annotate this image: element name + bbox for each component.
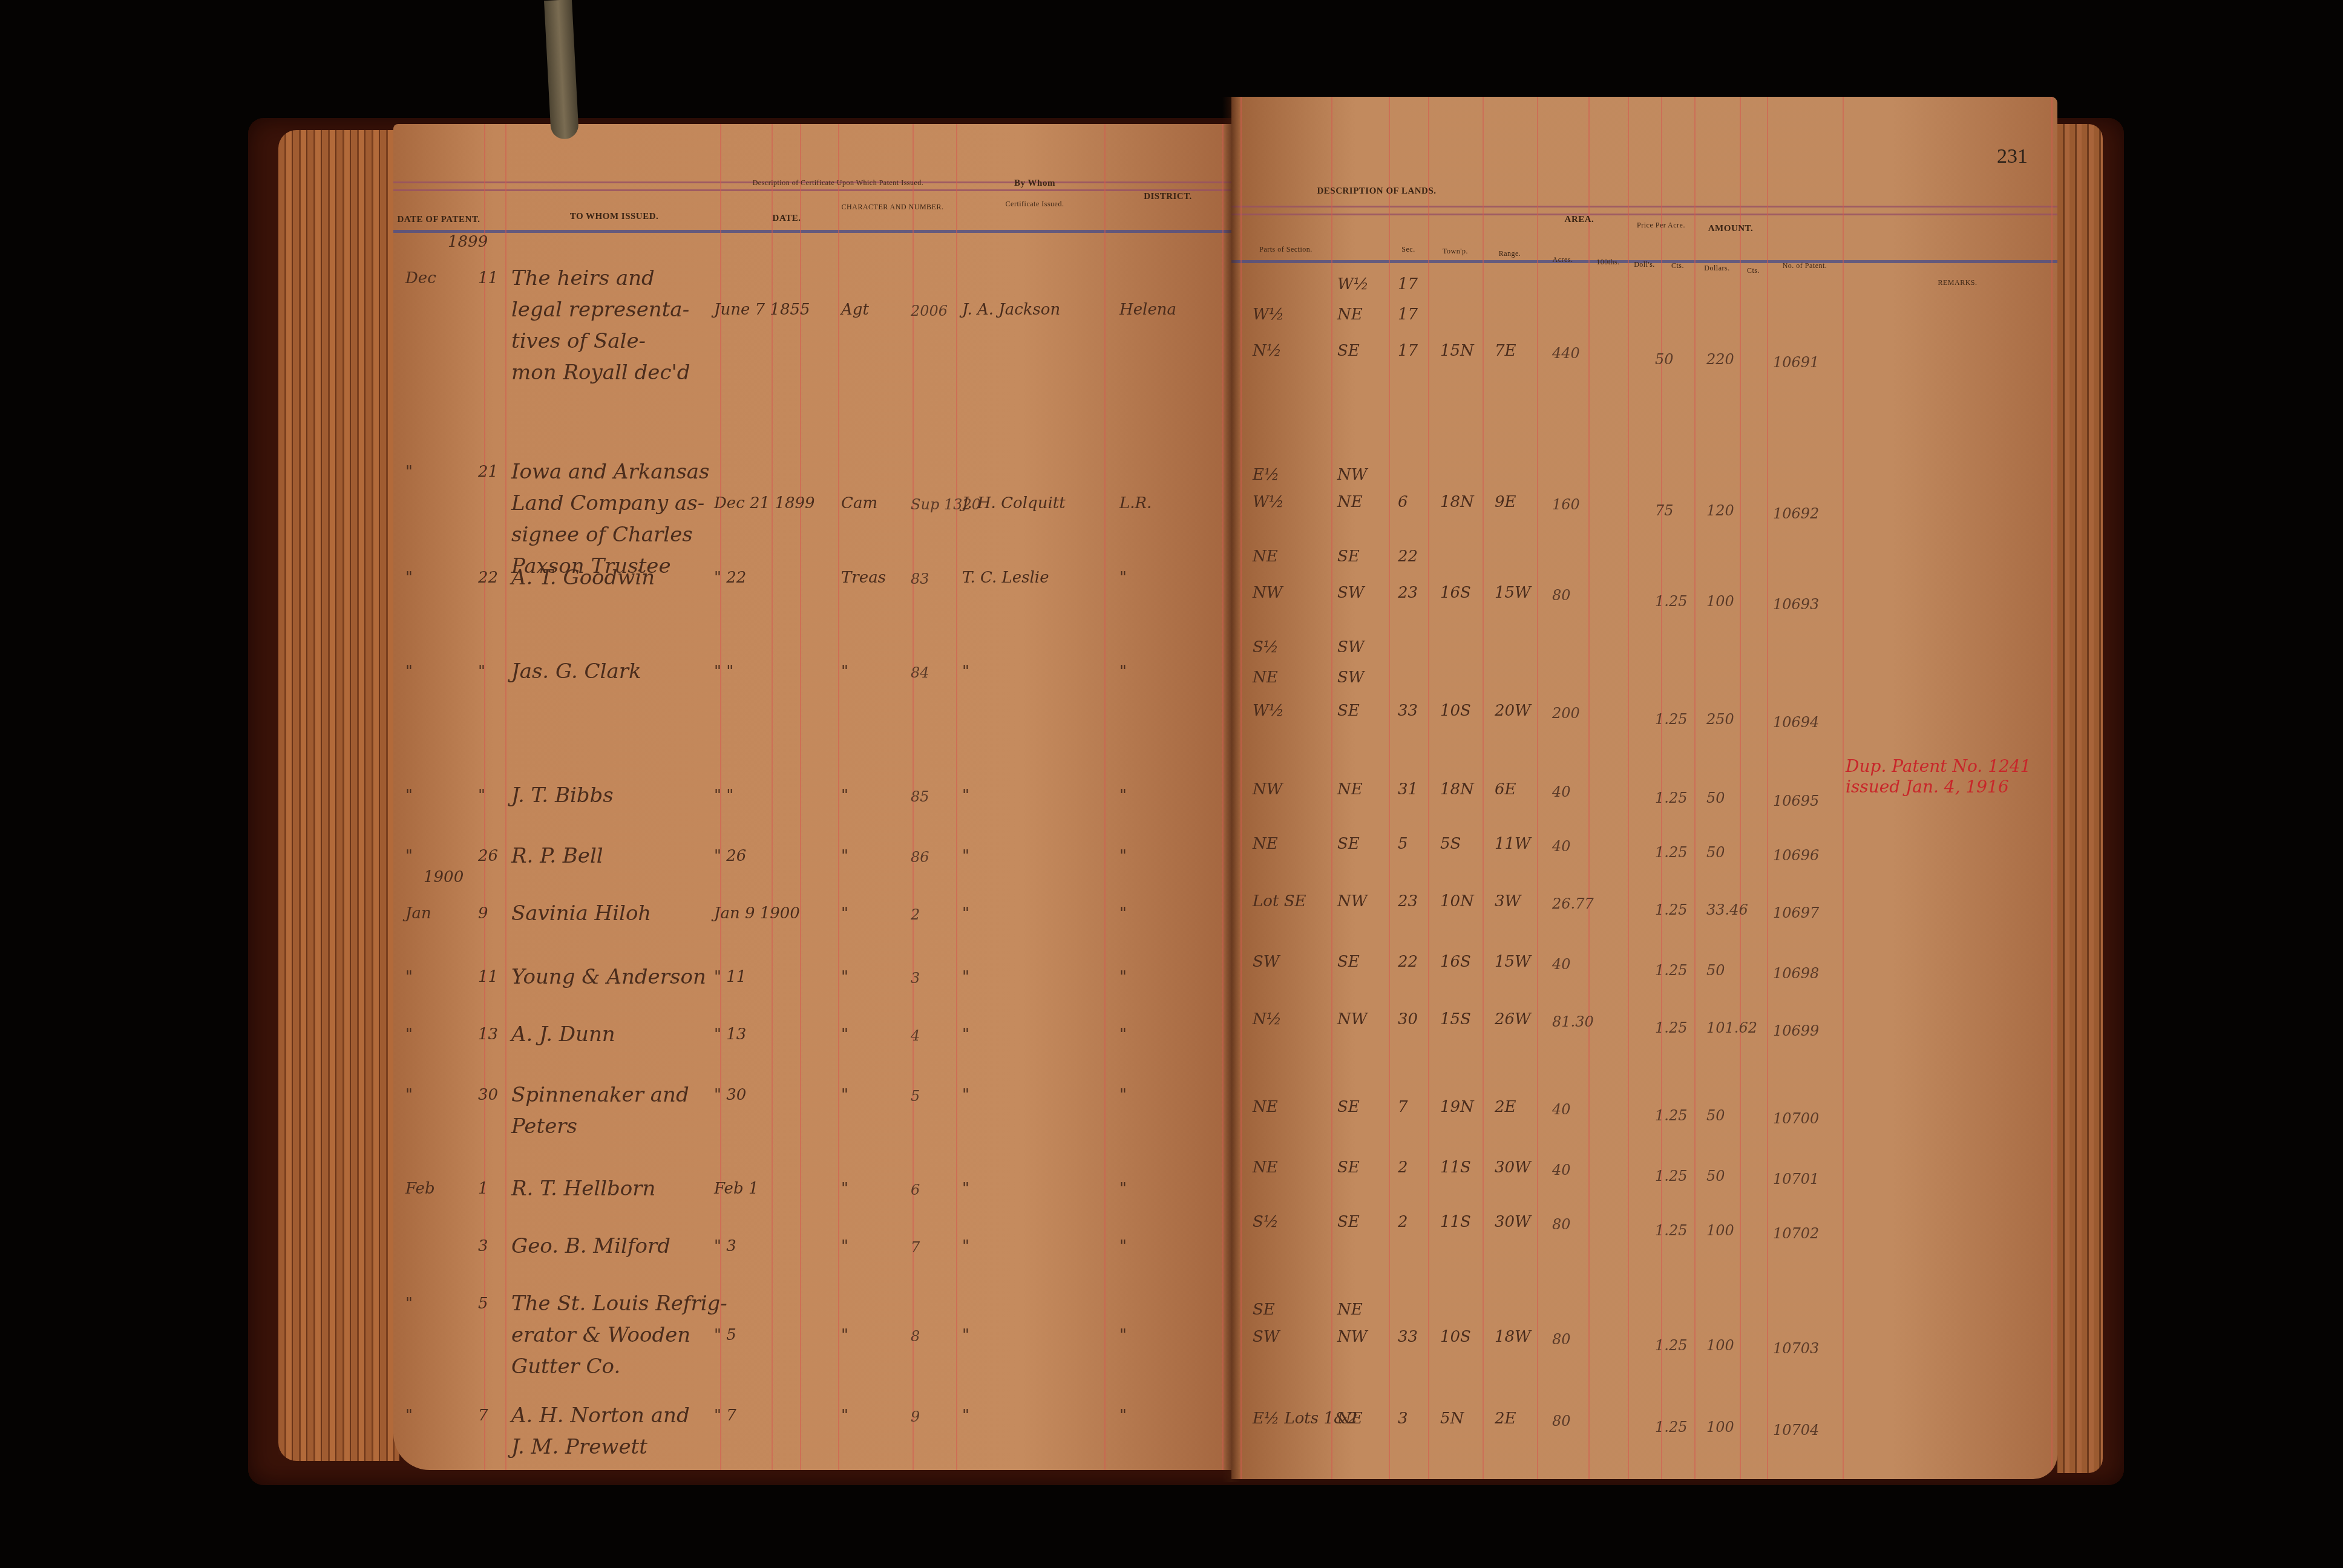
entry-day: 22 <box>478 569 498 587</box>
land-price: 1.25 <box>1655 1019 1687 1036</box>
land-amount: 50 <box>1706 1168 1725 1184</box>
entry-cert-char: " <box>841 904 848 923</box>
land-patent-no: 10694 <box>1773 714 1819 731</box>
year-note: 1899 <box>448 233 488 251</box>
land-acres: 26.77 <box>1552 895 1594 912</box>
land-price: 1.25 <box>1655 1222 1687 1239</box>
entry-day: 9 <box>478 904 488 923</box>
entry-name-line: A. J. Dunn <box>511 1022 615 1047</box>
land-quarter: SE <box>1337 702 1360 720</box>
land-amount: 120 <box>1706 502 1734 519</box>
land-acres: 80 <box>1552 1331 1571 1348</box>
land-part: NW <box>1253 780 1282 799</box>
entry-cert-no: 5 <box>911 1088 920 1105</box>
entry-cert-char: " <box>841 662 848 681</box>
entry-district: L.R. <box>1119 494 1152 512</box>
land-amount: 100 <box>1706 1337 1734 1354</box>
header-price-dolls: Doll's. <box>1628 260 1661 269</box>
land-price: 1.25 <box>1655 1107 1687 1124</box>
entry-cert-char: Cam <box>841 494 877 512</box>
land-acres: 80 <box>1552 587 1571 604</box>
entry-month: " <box>405 463 413 481</box>
land-price: 1.25 <box>1655 962 1687 979</box>
entry-name-line: R. T. Hellborn <box>511 1177 655 1201</box>
header-township: Town'p. <box>1428 247 1483 256</box>
entry-cert-date: " " <box>714 786 733 805</box>
land-quarter: SE <box>1337 1158 1360 1177</box>
header-description-of-lands: DESCRIPTION OF LANDS. <box>1292 186 1461 197</box>
land-acres: 80 <box>1552 1413 1571 1429</box>
entry-name-line: J. T. Bibbs <box>511 783 614 808</box>
entry-day: 5 <box>478 1295 488 1313</box>
land-quarter: W½ <box>1337 275 1369 293</box>
entry-name-line: The heirs and <box>511 266 655 290</box>
land-part: NE <box>1253 1098 1278 1116</box>
land-range: 18W <box>1495 1328 1531 1346</box>
land-sec: 33 <box>1398 702 1418 720</box>
remark-note: issued Jan. 4, 1916 <box>1846 777 2009 797</box>
land-quarter: NE <box>1337 1301 1363 1319</box>
land-acres: 80 <box>1552 1216 1571 1233</box>
land-range: 30W <box>1495 1213 1531 1231</box>
entry-cert-date: " 3 <box>714 1237 736 1255</box>
entry-cert-date: " 5 <box>714 1326 736 1344</box>
land-quarter: SW <box>1337 584 1365 602</box>
entry-month: " <box>405 968 413 986</box>
land-township: 10S <box>1440 702 1471 720</box>
land-acres: 40 <box>1552 956 1571 973</box>
land-sec: 5 <box>1398 835 1408 853</box>
land-township: 16S <box>1440 584 1471 602</box>
header-certificate-group: Description of Certificate Upon Which Pa… <box>714 178 962 188</box>
entry-month: " <box>405 1086 413 1104</box>
land-sec: 17 <box>1398 305 1418 324</box>
entry-name-line: tives of Sale- <box>511 329 646 353</box>
land-acres: 81.30 <box>1552 1013 1594 1030</box>
remark-note: Dup. Patent No. 1241 <box>1846 756 2031 776</box>
land-range: 6E <box>1495 780 1516 799</box>
entry-cert-no: 83 <box>911 570 929 587</box>
land-amount: 50 <box>1706 962 1725 979</box>
entry-month: " <box>405 1406 413 1425</box>
land-part: NE <box>1253 547 1278 566</box>
entry-district: " <box>1119 968 1127 986</box>
header-hundredths: 100ths. <box>1588 258 1628 267</box>
entry-cert-date: Dec 21 1899 <box>714 494 815 512</box>
left-page-edges <box>278 130 399 1461</box>
land-acres: 440 <box>1552 345 1580 362</box>
land-sec: 23 <box>1398 584 1418 602</box>
header-amount: AMOUNT. <box>1694 224 1767 234</box>
land-price: 1.25 <box>1655 1337 1687 1354</box>
land-range: 20W <box>1495 702 1531 720</box>
header-by-whom: By Whom <box>974 178 1095 189</box>
entry-district: " <box>1119 1025 1127 1044</box>
entry-cert-date: " 11 <box>714 968 746 986</box>
entry-district: " <box>1119 904 1127 923</box>
entry-by-whom: " <box>962 904 969 923</box>
page-number: 231 <box>1997 145 2028 168</box>
book-gutter <box>1222 97 1240 1482</box>
land-range: 11W <box>1495 835 1531 853</box>
land-part: W½ <box>1253 493 1284 511</box>
header-sec: Sec. <box>1389 245 1428 254</box>
entry-cert-char: " <box>841 1025 848 1044</box>
header-price-cts: Cts. <box>1661 261 1694 270</box>
entry-month: " <box>405 786 413 805</box>
land-sec: 33 <box>1398 1328 1418 1346</box>
header-by-whom-sub: Certificate Issued. <box>974 200 1095 209</box>
land-sec: 17 <box>1398 275 1418 293</box>
entry-cert-char: " <box>841 1326 848 1344</box>
entry-cert-date: " 7 <box>714 1406 736 1425</box>
header-area: AREA. <box>1546 215 1613 225</box>
land-township: 16S <box>1440 953 1471 971</box>
land-sec: 6 <box>1398 493 1408 511</box>
entry-name-line: Geo. B. Milford <box>511 1234 670 1258</box>
entry-name-line: Peters <box>511 1114 577 1138</box>
land-amount: 50 <box>1706 789 1725 806</box>
header-bottom-rule <box>393 230 1231 233</box>
land-part: N½ <box>1253 1010 1282 1028</box>
land-township: 11S <box>1440 1213 1471 1231</box>
entry-by-whom: " <box>962 847 969 865</box>
land-price: 75 <box>1655 502 1674 519</box>
land-acres: 40 <box>1552 838 1571 855</box>
entry-cert-char: Agt <box>841 301 869 319</box>
entry-by-whom: " <box>962 1086 969 1104</box>
land-part: N½ <box>1253 342 1282 360</box>
land-price: 1.25 <box>1655 711 1687 728</box>
land-range: 2E <box>1495 1410 1516 1428</box>
entry-cert-no: 3 <box>911 970 920 987</box>
entry-district: " <box>1119 1180 1127 1198</box>
land-acres: 40 <box>1552 1161 1571 1178</box>
land-sec: 30 <box>1398 1010 1418 1028</box>
entry-name-line: signee of Charles <box>511 523 693 547</box>
entry-cert-no: 7 <box>911 1239 920 1256</box>
entry-cert-char: " <box>841 968 848 986</box>
entry-month: " <box>405 662 413 681</box>
land-part: E½ <box>1253 466 1279 484</box>
land-price: 1.25 <box>1655 789 1687 806</box>
entry-cert-date: " 30 <box>714 1086 746 1104</box>
land-amount: 100 <box>1706 1419 1734 1436</box>
land-township: 10N <box>1440 892 1474 910</box>
entry-name-line: R. P. Bell <box>511 844 603 868</box>
land-amount: 100 <box>1706 1222 1734 1239</box>
entry-cert-date: " 13 <box>714 1025 746 1044</box>
entry-cert-no: 86 <box>911 849 929 866</box>
entry-name-line: The St. Louis Refrig- <box>511 1292 727 1316</box>
land-amount: 33.46 <box>1706 901 1748 918</box>
header-certificate-character: CHARACTER AND NUMBER. <box>835 203 950 212</box>
land-township: 18N <box>1440 780 1474 799</box>
entry-district: " <box>1119 786 1127 805</box>
land-patent-no: 10699 <box>1773 1022 1819 1039</box>
land-price: 1.25 <box>1655 1168 1687 1184</box>
entry-name-line: erator & Wooden <box>511 1323 690 1347</box>
entry-name-line: mon Royall dec'd <box>511 361 690 385</box>
entry-name-line: A. T. Goodwin <box>511 566 655 590</box>
entry-cert-no: 2006 <box>911 302 948 319</box>
entry-cert-no: 9 <box>911 1408 920 1425</box>
entry-district: " <box>1119 662 1127 681</box>
land-part: S½ <box>1253 638 1279 656</box>
entry-name-line: J. M. Prewett <box>511 1435 647 1459</box>
entry-district: " <box>1119 847 1127 865</box>
entry-district: " <box>1119 1086 1127 1104</box>
land-township: 5N <box>1440 1410 1464 1428</box>
entry-district: " <box>1119 1237 1127 1255</box>
entry-year: 1900 <box>424 868 464 886</box>
land-part: NE <box>1253 668 1278 687</box>
land-patent-no: 10701 <box>1773 1171 1819 1187</box>
header-price-per-acre: Price Per Acre. <box>1628 221 1694 230</box>
entry-cert-no: 6 <box>911 1181 920 1198</box>
entry-cert-no: 85 <box>911 788 929 805</box>
entry-month: " <box>405 1295 413 1313</box>
land-sec: 31 <box>1398 780 1418 799</box>
entry-month: Dec <box>405 269 436 287</box>
header-date-of-patent: DATE OF PATENT. <box>393 215 484 225</box>
land-price: 1.25 <box>1655 1419 1687 1436</box>
land-quarter: SE <box>1337 547 1360 566</box>
entry-cert-date: June 7 1855 <box>714 301 810 319</box>
entry-month: " <box>405 569 413 587</box>
entry-cert-date: " 22 <box>714 569 746 587</box>
entry-day: " <box>478 786 485 805</box>
land-range: 3W <box>1495 892 1521 910</box>
entry-month: " <box>405 1025 413 1044</box>
entry-cert-char: " <box>841 786 848 805</box>
land-part: W½ <box>1253 305 1284 324</box>
land-acres: 200 <box>1552 705 1580 722</box>
entry-name-line: Jas. G. Clark <box>511 659 641 684</box>
entry-cert-date: Jan 9 1900 <box>714 904 800 923</box>
entry-name-line: Iowa and Arkansas <box>511 460 710 484</box>
land-amount: 50 <box>1706 844 1725 861</box>
entry-district: Helena <box>1119 301 1176 319</box>
land-part: W½ <box>1253 702 1284 720</box>
land-price: 1.25 <box>1655 844 1687 861</box>
entry-by-whom: " <box>962 786 969 805</box>
land-quarter: NE <box>1337 780 1363 799</box>
land-patent-no: 10703 <box>1773 1340 1819 1357</box>
entry-name-line: Young & Anderson <box>511 965 706 989</box>
entry-cert-date: Feb 1 <box>714 1180 758 1198</box>
land-acres: 40 <box>1552 783 1571 800</box>
land-amount: 101.62 <box>1706 1019 1757 1036</box>
entry-by-whom: T. C. Leslie <box>962 569 1049 587</box>
land-township: 5S <box>1440 835 1461 853</box>
entry-cert-char: " <box>841 1086 848 1104</box>
header-district: DISTRICT. <box>1119 192 1216 202</box>
entry-by-whom: J. A. Jackson <box>962 301 1060 319</box>
land-patent-no: 10704 <box>1773 1422 1819 1439</box>
header-amount-cts: Cts. <box>1740 266 1767 275</box>
header-range: Range. <box>1483 249 1537 258</box>
land-quarter: SE <box>1337 342 1360 360</box>
land-amount: 250 <box>1706 711 1734 728</box>
entry-month: Feb <box>405 1180 435 1198</box>
entry-by-whom: " <box>962 1180 969 1198</box>
land-range: 26W <box>1495 1010 1531 1028</box>
header-parts-of-section: Parts of Section. <box>1240 245 1331 254</box>
land-part: SE <box>1253 1301 1275 1319</box>
entry-cert-no: 2 <box>911 906 920 923</box>
entry-name-line: A. H. Norton and <box>511 1403 690 1428</box>
entry-cert-char: " <box>841 1180 848 1198</box>
land-part: SW <box>1253 953 1280 971</box>
land-quarter: SW <box>1337 668 1365 687</box>
land-price: 1.25 <box>1655 593 1687 610</box>
land-amount: 100 <box>1706 593 1734 610</box>
entry-cert-char: Treas <box>841 569 886 587</box>
land-quarter: SE <box>1337 953 1360 971</box>
land-sec: 22 <box>1398 953 1418 971</box>
header-top-rule <box>1231 206 2057 215</box>
entry-district: " <box>1119 1326 1127 1344</box>
land-quarter: NW <box>1337 892 1367 910</box>
land-patent-no: 10696 <box>1773 847 1819 864</box>
entry-cert-no: 4 <box>911 1027 920 1044</box>
entry-cert-no: 84 <box>911 664 929 681</box>
entry-cert-char: " <box>841 1237 848 1255</box>
land-quarter: NW <box>1337 1328 1367 1346</box>
land-patent-no: 10700 <box>1773 1110 1819 1127</box>
entry-by-whom: " <box>962 662 969 681</box>
header-patent-no: No. of Patent. <box>1767 261 1843 270</box>
land-part: Lot SE <box>1253 892 1306 910</box>
entry-cert-char: " <box>841 847 848 865</box>
land-township: 10S <box>1440 1328 1471 1346</box>
land-sec: 7 <box>1398 1098 1408 1116</box>
land-range: 2E <box>1495 1098 1516 1116</box>
entry-cert-date: " 26 <box>714 847 746 865</box>
header-amount-dollars: Dollars. <box>1694 264 1740 273</box>
land-range: 7E <box>1495 342 1516 360</box>
entry-by-whom: " <box>962 1326 969 1344</box>
entry-day: 3 <box>478 1237 488 1255</box>
right-page-edges <box>2057 124 2103 1473</box>
land-township: 15N <box>1440 342 1474 360</box>
header-remarks: REMARKS. <box>1897 278 2018 287</box>
entry-month: Jan <box>405 904 431 923</box>
entry-district: " <box>1119 569 1127 587</box>
land-sec: 23 <box>1398 892 1418 910</box>
land-amount: 50 <box>1706 1107 1725 1124</box>
entry-cert-date: " " <box>714 662 733 681</box>
entry-by-whom: " <box>962 1406 969 1425</box>
header-acres: Acres. <box>1537 255 1588 264</box>
entry-name-line: Gutter Co. <box>511 1354 620 1379</box>
land-price: 50 <box>1655 351 1674 368</box>
entry-day: 26 <box>478 847 498 865</box>
entry-cert-no: 8 <box>911 1328 920 1345</box>
entry-month: " <box>405 847 413 865</box>
land-sec: 2 <box>1398 1158 1408 1177</box>
entry-district: " <box>1119 1406 1127 1425</box>
entry-name-line: Land Company as- <box>511 491 704 515</box>
land-quarter: SW <box>1337 638 1365 656</box>
land-quarter: NE <box>1337 493 1363 511</box>
land-township: 19N <box>1440 1098 1474 1116</box>
land-sec: 3 <box>1398 1410 1408 1428</box>
land-acres: 40 <box>1552 1101 1571 1118</box>
entry-by-whom: " <box>962 968 969 986</box>
entry-name-line: legal representa- <box>511 298 689 322</box>
entry-cert-char: " <box>841 1406 848 1425</box>
entry-by-whom: " <box>962 1025 969 1044</box>
land-part: S½ <box>1253 1213 1279 1231</box>
entry-day: 11 <box>478 968 498 986</box>
entry-day: 11 <box>478 269 498 287</box>
entry-name-line: Savinia Hiloh <box>511 901 651 926</box>
land-quarter: NW <box>1337 1010 1367 1028</box>
land-part: NW <box>1253 584 1282 602</box>
header-to-whom-issued: TO WHOM ISSUED. <box>526 212 702 222</box>
land-acres: 160 <box>1552 496 1580 513</box>
entry-day: " <box>478 662 485 681</box>
land-part: SW <box>1253 1328 1280 1346</box>
land-patent-no: 10693 <box>1773 596 1819 613</box>
land-part: NE <box>1253 1158 1278 1177</box>
land-quarter: SE <box>1337 1213 1360 1231</box>
entry-day: 7 <box>478 1406 488 1425</box>
land-range: 30W <box>1495 1158 1531 1177</box>
entry-day: 21 <box>478 463 498 481</box>
land-patent-no: 10695 <box>1773 792 1819 809</box>
land-range: 15W <box>1495 953 1531 971</box>
entry-day: 1 <box>478 1180 488 1198</box>
land-patent-no: 10697 <box>1773 904 1819 921</box>
header-certificate-date: DATE. <box>744 214 829 224</box>
land-range: 9E <box>1495 493 1516 511</box>
land-quarter: SE <box>1337 835 1360 853</box>
land-patent-no: 10702 <box>1773 1225 1819 1242</box>
land-quarter: NE <box>1337 305 1363 324</box>
entry-day: 13 <box>478 1025 498 1044</box>
land-sec: 17 <box>1398 342 1418 360</box>
land-sec: 2 <box>1398 1213 1408 1231</box>
land-quarter: SE <box>1337 1098 1360 1116</box>
land-range: 15W <box>1495 584 1531 602</box>
land-amount: 220 <box>1706 351 1734 368</box>
land-township: 18N <box>1440 493 1474 511</box>
entry-day: 30 <box>478 1086 498 1104</box>
entry-by-whom: " <box>962 1237 969 1255</box>
land-township: 15S <box>1440 1010 1471 1028</box>
land-price: 1.25 <box>1655 901 1687 918</box>
land-patent-no: 10691 <box>1773 354 1819 371</box>
land-quarter: NW <box>1337 466 1367 484</box>
entry-by-whom: J. H. Colquitt <box>962 494 1066 512</box>
land-township: 11S <box>1440 1158 1471 1177</box>
entry-name-line: Spinnenaker and <box>511 1083 689 1107</box>
land-patent-no: 10692 <box>1773 505 1819 522</box>
land-part: NE <box>1253 835 1278 853</box>
land-patent-no: 10698 <box>1773 965 1819 982</box>
land-quarter: NE <box>1337 1410 1363 1428</box>
land-sec: 22 <box>1398 547 1418 566</box>
